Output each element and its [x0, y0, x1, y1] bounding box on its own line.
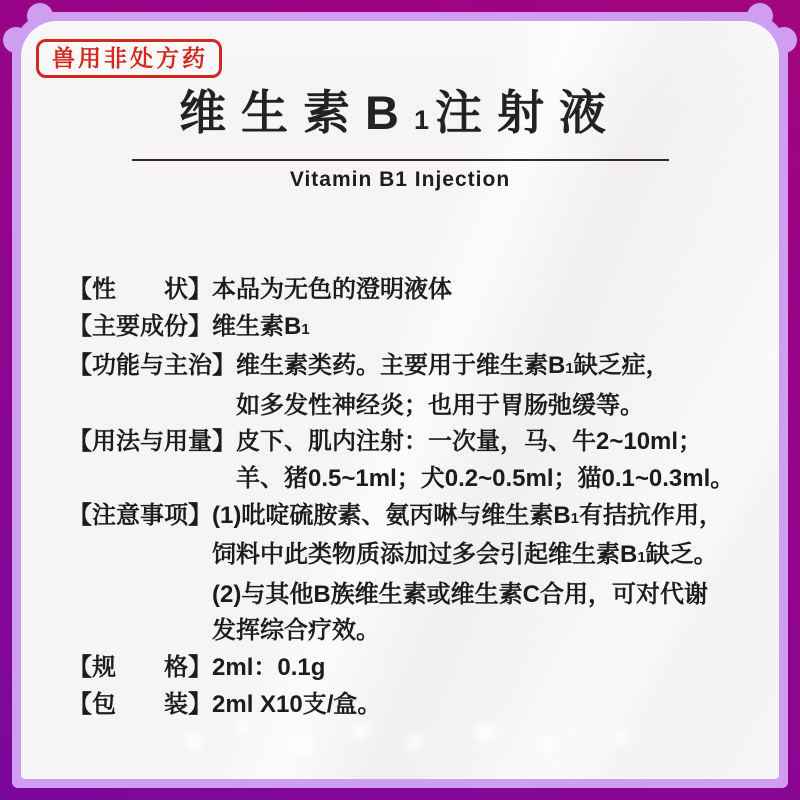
- text-segment: 发挥综合疗效。: [212, 617, 380, 644]
- text-segment: 羊、猪0.5~1ml；犬0.2~0.5ml；猫0.1~0.3ml。: [236, 465, 734, 492]
- text-segment: 维生素B: [212, 313, 301, 340]
- section-content: 维生素B1: [212, 309, 741, 349]
- text-segment: 本品为无色的澄明液体: [212, 276, 452, 303]
- section-content: 维生素类药。主要用于维生素B1缺乏症，如多发性神经炎；也用于胃肠弛缓等。: [236, 348, 741, 424]
- text-segment: 如多发性神经炎；也用于胃肠弛缓等。: [236, 392, 644, 419]
- text-segment: 皮下、肌内注射：一次量，马、牛2~10ml；: [236, 428, 702, 455]
- b1-subscript: 1: [565, 360, 573, 377]
- section-line: 皮下、肌内注射：一次量，马、牛2~10ml；: [236, 424, 741, 461]
- text-segment: 维生素类药。主要用于维生素B: [236, 352, 565, 379]
- section-content: 2ml：0.1g: [212, 650, 741, 687]
- otc-badge: 兽用非处方药: [36, 39, 222, 78]
- text-segment: (2)与其他B族维生素或维生素C合用，可对代谢: [212, 581, 708, 608]
- text-segment: 饲料中此类物质添加过多会引起维生素B: [212, 541, 637, 568]
- text-segment: 有拮抗作用，: [579, 502, 723, 529]
- section-line: (1)吡啶硫胺素、氨丙啉与维生素B1有拮抗作用，: [212, 498, 741, 538]
- section-content: 皮下、肌内注射：一次量，马、牛2~10ml；羊、猪0.5~1ml；犬0.2~0.…: [236, 424, 741, 497]
- section-line: 发挥综合疗效。: [212, 613, 741, 650]
- product-title-en: Vitamin B1 Injection: [21, 168, 779, 192]
- title-divider: [132, 159, 669, 161]
- b1-subscript: 1: [301, 321, 309, 338]
- b1-subscript: 1: [637, 549, 645, 566]
- label-section: 【性 状】本品为无色的澄明液体: [68, 272, 741, 309]
- b1-subscript: 1: [571, 510, 579, 527]
- label-content: 兽用非处方药 维生素B1注射液 Vitamin B1 Injection 【性 …: [21, 21, 779, 779]
- product-title-cn: 维生素B1注射液: [21, 87, 779, 146]
- section-line: 本品为无色的澄明液体: [212, 272, 741, 309]
- section-label: 【主要成份】: [68, 309, 212, 346]
- title-text-right: 注射液: [435, 86, 621, 139]
- section-content: (1)吡啶硫胺素、氨丙啉与维生素B1有拮抗作用，饲料中此类物质添加过多会引起维生…: [212, 498, 741, 650]
- label-section: 【主要成份】维生素B1: [68, 309, 741, 349]
- text-segment: 缺乏症，: [574, 352, 670, 379]
- label-frame: 兽用非处方药 维生素B1注射液 Vitamin B1 Injection 【性 …: [0, 0, 800, 800]
- text-segment: (1)吡啶硫胺素、氨丙啉与维生素B: [212, 502, 571, 529]
- section-line: 维生素类药。主要用于维生素B1缺乏症，: [236, 348, 741, 388]
- section-line: (2)与其他B族维生素或维生素C合用，可对代谢: [212, 577, 741, 614]
- section-label: 【功能与主治】: [68, 348, 236, 385]
- label-section: 【用法与用量】皮下、肌内注射：一次量，马、牛2~10ml；羊、猪0.5~1ml；…: [68, 424, 741, 497]
- label-section: 【包 装】2ml X10支/盒。: [68, 687, 741, 724]
- section-line: 2ml X10支/盒。: [212, 687, 741, 724]
- section-label: 【用法与用量】: [68, 424, 236, 461]
- section-label: 【注意事项】: [68, 498, 212, 535]
- sections: 【性 状】本品为无色的澄明液体【主要成份】维生素B1【功能与主治】维生素类药。主…: [21, 272, 779, 723]
- section-line: 2ml：0.1g: [212, 650, 741, 687]
- section-line: 羊、猪0.5~1ml；犬0.2~0.5ml；猫0.1~0.3ml。: [236, 461, 741, 498]
- title-subscript: 1: [414, 105, 435, 135]
- text-segment: 2ml X10支/盒。: [212, 691, 381, 718]
- title-text-left: 维生素B: [179, 86, 414, 139]
- text-segment: 2ml：0.1g: [212, 654, 325, 681]
- label-section: 【注意事项】(1)吡啶硫胺素、氨丙啉与维生素B1有拮抗作用，饲料中此类物质添加过…: [68, 498, 741, 650]
- section-label: 【性 状】: [68, 272, 212, 309]
- label-section: 【功能与主治】维生素类药。主要用于维生素B1缺乏症，如多发性神经炎；也用于胃肠弛…: [68, 348, 741, 424]
- section-content: 2ml X10支/盒。: [212, 687, 741, 724]
- section-line: 如多发性神经炎；也用于胃肠弛缓等。: [236, 388, 741, 425]
- section-label: 【规 格】: [68, 650, 212, 687]
- section-content: 本品为无色的澄明液体: [212, 272, 741, 309]
- text-segment: 缺乏。: [646, 541, 718, 568]
- label-section: 【规 格】2ml：0.1g: [68, 650, 741, 687]
- section-line: 维生素B1: [212, 309, 741, 349]
- section-line: 饲料中此类物质添加过多会引起维生素B1缺乏。: [212, 537, 741, 577]
- section-label: 【包 装】: [68, 687, 212, 724]
